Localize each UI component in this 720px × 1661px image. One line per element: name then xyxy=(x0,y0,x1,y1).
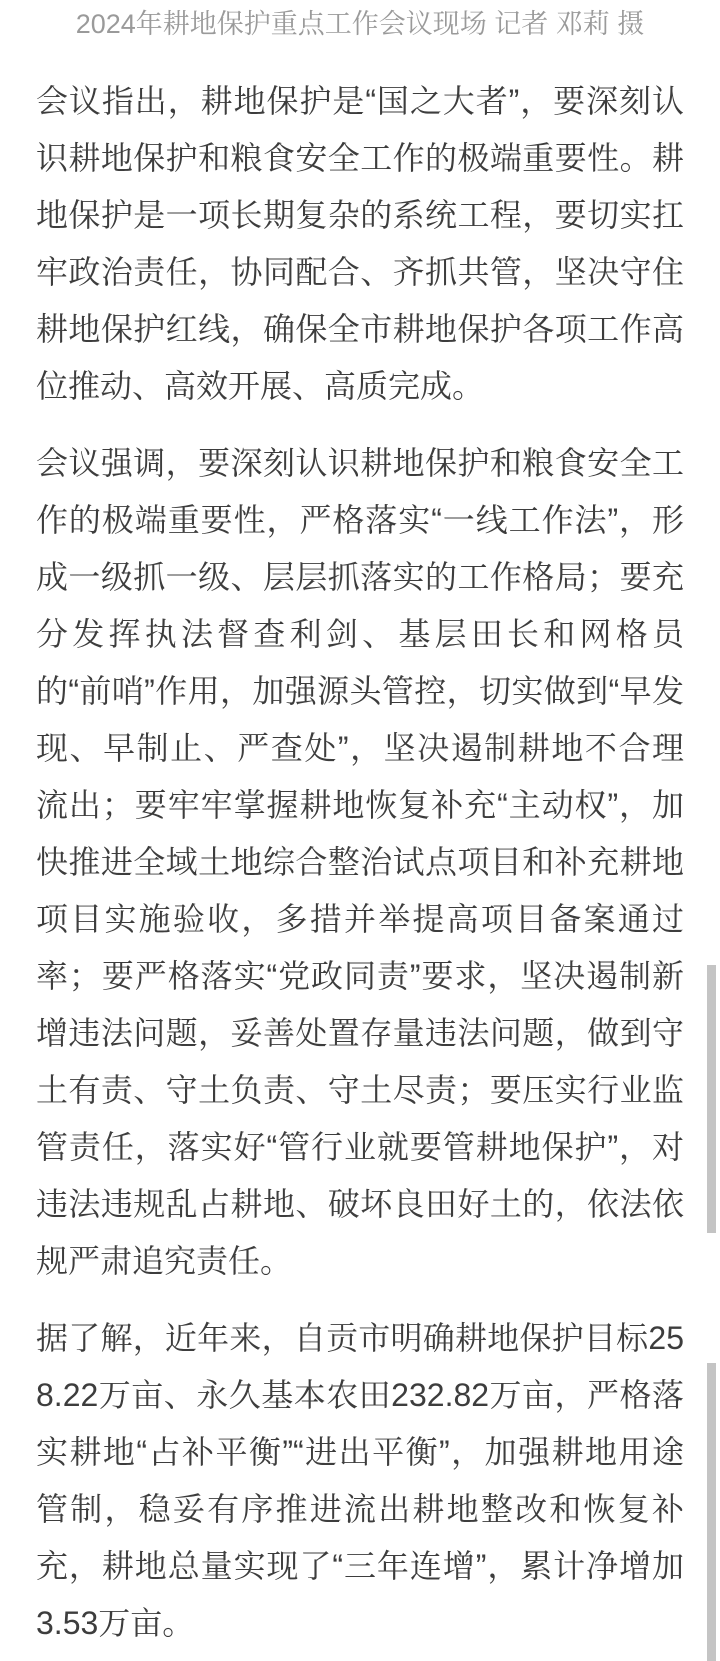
article-paragraph: 会议指出，耕地保护是“国之大者”，要深刻认识耕地保护和粮食安全工作的极端重要性。… xyxy=(36,73,684,415)
article-body: 会议指出，耕地保护是“国之大者”，要深刻认识耕地保护和粮食安全工作的极端重要性。… xyxy=(0,73,720,1652)
photo-caption: 2024年耕地保护重点工作会议现场 记者 邓莉 摄 xyxy=(0,0,720,43)
article-paragraph: 据了解，近年来，自贡市明确耕地保护目标258.22万亩、永久基本农田232.82… xyxy=(36,1310,684,1652)
article-page: { "page": { "background_color": "#ffffff… xyxy=(0,0,720,1661)
article-paragraph: 会议强调，要深刻认识耕地保护和粮食安全工作的极端重要性，严格落实“一线工作法”，… xyxy=(36,435,684,1290)
scrollbar-thumb-lower[interactable] xyxy=(707,1363,716,1661)
scrollbar-thumb-upper[interactable] xyxy=(707,965,716,1233)
